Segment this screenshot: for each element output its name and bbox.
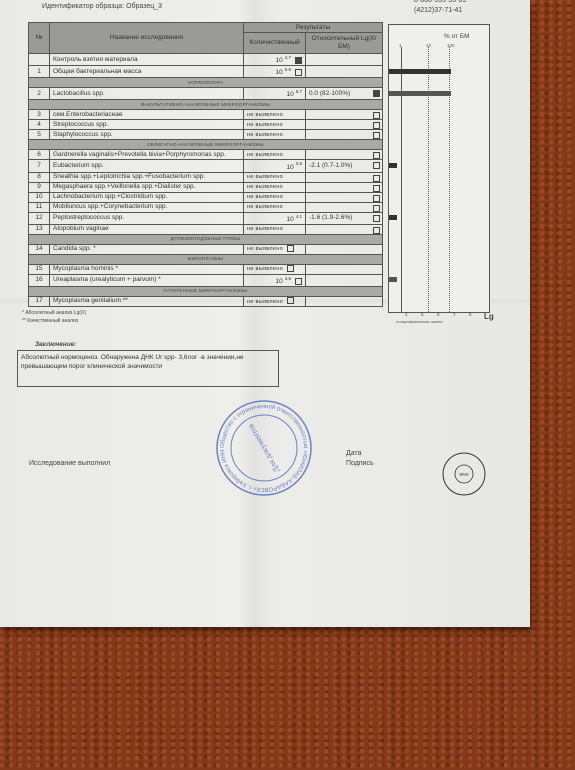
- row-no: 13: [29, 224, 50, 234]
- organization-stamp-icon: Общество с ограниченной ответственностью…: [214, 398, 314, 498]
- quant-base: 10: [287, 164, 294, 171]
- chart-unit: Lg: [484, 312, 494, 321]
- row-name: Streptococcus spp.: [50, 120, 244, 130]
- table-row: 8Sneathia spp.+Leptotrichia spp.+Fusobac…: [29, 172, 383, 182]
- gridline: [449, 47, 450, 312]
- table-row: 12Peptostreptococcus spp.104.1-1.6 (1.9-…: [29, 212, 383, 224]
- rel-value: -1.6 (1.9-2.6%): [309, 214, 352, 221]
- section-label: МИКОПЛАЗМЫ: [29, 254, 383, 264]
- row-quant: 103.6: [244, 274, 306, 286]
- date-sign-labels: Дата Подпись: [346, 449, 374, 469]
- section-label: НОРМОФЛОРА: [29, 78, 383, 88]
- top-tick: 1: [399, 43, 402, 48]
- chart-bar: [389, 69, 451, 74]
- row-quant: не выявлено: [244, 264, 306, 274]
- row-quant: 103.6: [244, 160, 306, 172]
- row-name: сем.Enterobacteriaceae: [50, 110, 244, 120]
- row-no: 5: [29, 130, 50, 140]
- not-detected: не выявлено: [247, 299, 283, 305]
- row-name: Megasphaera spp.+Veillonella spp.+Dialis…: [50, 182, 244, 192]
- row-relative: [306, 172, 383, 182]
- checkbox-icon: [295, 57, 302, 64]
- row-no: 3: [29, 110, 50, 120]
- svg-text:Для документов: Для документов: [246, 422, 281, 474]
- results-table: № Название исследования Результаты Колич…: [28, 22, 383, 307]
- row-no: [29, 54, 50, 66]
- quant-exp: 4.7: [285, 55, 291, 60]
- performed-by-label: Исследование выполнил: [29, 460, 110, 467]
- bottom-tick: 4: [405, 312, 408, 317]
- chart-xlabel: логарифмическая шкала: [396, 319, 442, 324]
- chart-title: % от БМ: [444, 33, 470, 40]
- section-header: МИКОПЛАЗМЫ: [29, 254, 383, 264]
- row-quant: не выявлено: [244, 120, 306, 130]
- row-name: Eubacterium spp.: [50, 160, 244, 172]
- doctor-stamp-icon: ВРАЧ: [441, 451, 487, 497]
- checkbox-icon: [373, 185, 380, 192]
- section-header: ДРОЖЖЕПОДОБНЫЕ ГРИБЫ: [29, 234, 383, 244]
- not-detected: не выявлено: [247, 152, 283, 158]
- bottom-tick: 5: [421, 312, 424, 317]
- quant-exp: 5.6: [285, 67, 291, 72]
- row-relative: [306, 182, 383, 192]
- row-quant: 105.6: [244, 66, 306, 78]
- section-header: ПАТОГЕННЫЕ МИКРООРГАНИЗМЫ: [29, 286, 383, 296]
- row-no: 1: [29, 66, 50, 78]
- checkbox-icon: [373, 227, 380, 234]
- log-scale-chart: % от БМ 110100: [388, 24, 490, 313]
- checkbox-icon: [373, 112, 380, 119]
- row-quant: не выявлено: [244, 244, 306, 254]
- section-label: ОБЛИГАТНО-АНАЭРОБНЫЕ МИКРООРГАНИЗМЫ: [29, 140, 383, 150]
- table-row: 1Общая бактериальная масса105.6: [29, 66, 383, 78]
- table-row: 15Mycoplasma hominis *не выявлено: [29, 264, 383, 274]
- row-no: 2: [29, 88, 50, 100]
- row-name: Контроль взятия материала: [50, 54, 244, 66]
- not-detected: не выявлено: [247, 174, 283, 180]
- row-name: Peptostreptococcus spp.: [50, 212, 244, 224]
- row-relative: [306, 224, 383, 234]
- checkbox-icon: [373, 175, 380, 182]
- date-label: Дата: [346, 449, 374, 459]
- chart-bar: [389, 163, 397, 168]
- col-no: №: [29, 23, 50, 54]
- checkbox-icon: [295, 278, 302, 285]
- row-quant: не выявлено: [244, 224, 306, 234]
- row-no: 9: [29, 182, 50, 192]
- not-detected: не выявлено: [247, 184, 283, 190]
- row-no: 16: [29, 274, 50, 286]
- checkbox-icon: [287, 297, 294, 304]
- table-row: 4Streptococcus spp.не выявлено: [29, 120, 383, 130]
- chart-bar: [389, 91, 451, 96]
- checkbox-icon: [373, 162, 380, 169]
- table-row: 11Mobiluncus spp.+Corynebacterium spp.не…: [29, 202, 383, 212]
- row-relative: [306, 264, 383, 274]
- table-row: 17Mycoplasma genitalium **не выявлено: [29, 296, 383, 306]
- row-no: 6: [29, 150, 50, 160]
- row-relative: 0.0 (82-100%): [306, 88, 383, 100]
- sample-id: Идентификатор образца: Образец_3: [42, 3, 162, 10]
- row-no: 17: [29, 296, 50, 306]
- table-row: 2Lactobacillus spp.105.70.0 (82-100%): [29, 88, 383, 100]
- checkbox-icon: [295, 69, 302, 76]
- row-name: Mobiluncus spp.+Corynebacterium spp.: [50, 202, 244, 212]
- chart-axis: [401, 47, 402, 312]
- row-name: Lachnobacterium spp.+Clostridium spp.: [50, 192, 244, 202]
- row-name: Mycoplasma hominis *: [50, 264, 244, 274]
- row-relative: [306, 130, 383, 140]
- row-quant: не выявлено: [244, 110, 306, 120]
- table-row: Контроль взятия материала104.7: [29, 54, 383, 66]
- row-name: Sneathia spp.+Leptotrichia spp.+Fusobact…: [50, 172, 244, 182]
- row-no: 4: [29, 120, 50, 130]
- checkbox-icon: [373, 195, 380, 202]
- row-quant: не выявлено: [244, 150, 306, 160]
- not-detected: не выявлено: [247, 226, 283, 232]
- checkbox-icon: [373, 132, 380, 139]
- table-row: 3сем.Enterobacteriaceaeне выявлено: [29, 110, 383, 120]
- row-relative: [306, 66, 383, 78]
- row-relative: [306, 244, 383, 254]
- row-name: Общая бактериальная масса: [50, 66, 244, 78]
- checkbox-icon: [373, 152, 380, 159]
- row-relative: [306, 120, 383, 130]
- bottom-tick: 7: [453, 312, 456, 317]
- footnote-qualitative: ** Качественный анализ: [22, 318, 78, 324]
- col-quant: Количественный: [244, 33, 306, 54]
- row-name: Mycoplasma genitalium **: [50, 296, 244, 306]
- not-detected: не выявлено: [247, 266, 283, 272]
- conclusion-title: Заключение:: [35, 341, 77, 348]
- svg-text:ВРАЧ: ВРАЧ: [459, 472, 469, 477]
- section-header: ФАКУЛЬТАТИВНО-АНАЭРОБНЫЕ МИКРООРГАНИЗМЫ: [29, 100, 383, 110]
- row-relative: [306, 202, 383, 212]
- row-name: Lactobacillus spp.: [50, 88, 244, 100]
- gridline: [428, 47, 429, 312]
- quant-base: 10: [287, 216, 294, 223]
- not-detected: не выявлено: [247, 204, 283, 210]
- quant-base: 10: [276, 57, 283, 64]
- bottom-tick: 6: [437, 312, 440, 317]
- checkbox-icon: [373, 205, 380, 212]
- conclusion-text: Абсолютный нормоценоз. Обнаружена ДНК Ur…: [17, 350, 279, 387]
- row-no: 10: [29, 192, 50, 202]
- phone-2: (4212)37-71-41: [414, 6, 466, 16]
- row-quant: 105.7: [244, 88, 306, 100]
- checkbox-icon: [373, 122, 380, 129]
- row-relative: [306, 150, 383, 160]
- row-no: 12: [29, 212, 50, 224]
- table-row: 13Atopobium vaginaeне выявлено: [29, 224, 383, 234]
- section-label: ФАКУЛЬТАТИВНО-АНАЭРОБНЫЕ МИКРООРГАНИЗМЫ: [29, 100, 383, 110]
- quant-base: 10: [276, 69, 283, 76]
- row-relative: [306, 54, 383, 66]
- rel-value: -2.1 (0.7-1.0%): [309, 162, 352, 169]
- not-detected: не выявлено: [247, 194, 283, 200]
- checkbox-icon: [373, 215, 380, 222]
- quant-exp: 3.6: [285, 276, 291, 281]
- rel-value: 0.0 (82-100%): [309, 90, 350, 97]
- table-row: 16Ureaplasma (urealyticum + parvum) *103…: [29, 274, 383, 286]
- col-name: Название исследования: [50, 23, 244, 54]
- row-name: Candida spp. *: [50, 244, 244, 254]
- row-name: Atopobium vaginae: [50, 224, 244, 234]
- lab-report-page: Идентификатор образца: Образец_3 8-800-5…: [0, 0, 530, 627]
- quant-exp: 5.7: [296, 89, 302, 94]
- row-relative: [306, 296, 383, 306]
- section-header: НОРМОФЛОРА: [29, 78, 383, 88]
- row-relative: [306, 110, 383, 120]
- row-quant: не выявлено: [244, 130, 306, 140]
- row-relative: [306, 192, 383, 202]
- table-row: 9Megasphaera spp.+Veillonella spp.+Diali…: [29, 182, 383, 192]
- row-quant: не выявлено: [244, 202, 306, 212]
- row-relative: -2.1 (0.7-1.0%): [306, 160, 383, 172]
- table-row: 5Staphylococcus spp.не выявлено: [29, 130, 383, 140]
- row-no: 8: [29, 172, 50, 182]
- row-no: 11: [29, 202, 50, 212]
- row-quant: 104.1: [244, 212, 306, 224]
- not-detected: не выявлено: [247, 122, 283, 128]
- checkbox-icon: [287, 265, 294, 272]
- quant-exp: 3.6: [296, 161, 302, 166]
- row-quant: не выявлено: [244, 182, 306, 192]
- contact-phones: 8-800-555-55-69 (4212)37-71-41: [414, 0, 466, 16]
- not-detected: не выявлено: [247, 112, 283, 118]
- row-name: Staphylococcus spp.: [50, 130, 244, 140]
- section-header: ОБЛИГАТНО-АНАЭРОБНЫЕ МИКРООРГАНИЗМЫ: [29, 140, 383, 150]
- row-relative: [306, 274, 383, 286]
- table-row: 6Gardnerella vaginalis+Prevotella bivia+…: [29, 150, 383, 160]
- row-quant: не выявлено: [244, 296, 306, 306]
- footnote-absolute: * Абсолютный анализ Lg(X): [22, 310, 86, 316]
- table-row: 7Eubacterium spp.103.6-2.1 (0.7-1.0%): [29, 160, 383, 172]
- table-row: 10Lachnobacterium spp.+Clostridium spp.н…: [29, 192, 383, 202]
- signature-label: Подпись: [346, 459, 374, 469]
- row-no: 15: [29, 264, 50, 274]
- row-name: Ureaplasma (urealyticum + parvum) *: [50, 274, 244, 286]
- chart-bar: [389, 215, 397, 220]
- quant-base: 10: [276, 278, 283, 285]
- bottom-tick: 8: [469, 312, 472, 317]
- chart-bar: [389, 277, 397, 282]
- row-no: 14: [29, 244, 50, 254]
- row-quant: 104.7: [244, 54, 306, 66]
- section-label: ДРОЖЖЕПОДОБНЫЕ ГРИБЫ: [29, 234, 383, 244]
- section-label: ПАТОГЕННЫЕ МИКРООРГАНИЗМЫ: [29, 286, 383, 296]
- results-body: Контроль взятия материала104.71Общая бак…: [29, 54, 383, 307]
- quant-base: 10: [287, 91, 294, 98]
- checkbox-icon: [373, 90, 380, 97]
- table-row: 14Candida spp. *не выявлено: [29, 244, 383, 254]
- row-relative: -1.6 (1.9-2.6%): [306, 212, 383, 224]
- col-results: Результаты: [244, 23, 383, 33]
- row-quant: не выявлено: [244, 172, 306, 182]
- row-no: 7: [29, 160, 50, 172]
- not-detected: не выявлено: [247, 132, 283, 138]
- checkbox-icon: [287, 245, 294, 252]
- row-quant: не выявлено: [244, 192, 306, 202]
- col-rel: Относительный Lg(X/БМ): [306, 33, 383, 54]
- not-detected: не выявлено: [247, 246, 283, 252]
- quant-exp: 4.1: [296, 214, 302, 219]
- row-name: Gardnerella vaginalis+Prevotella bivia+P…: [50, 150, 244, 160]
